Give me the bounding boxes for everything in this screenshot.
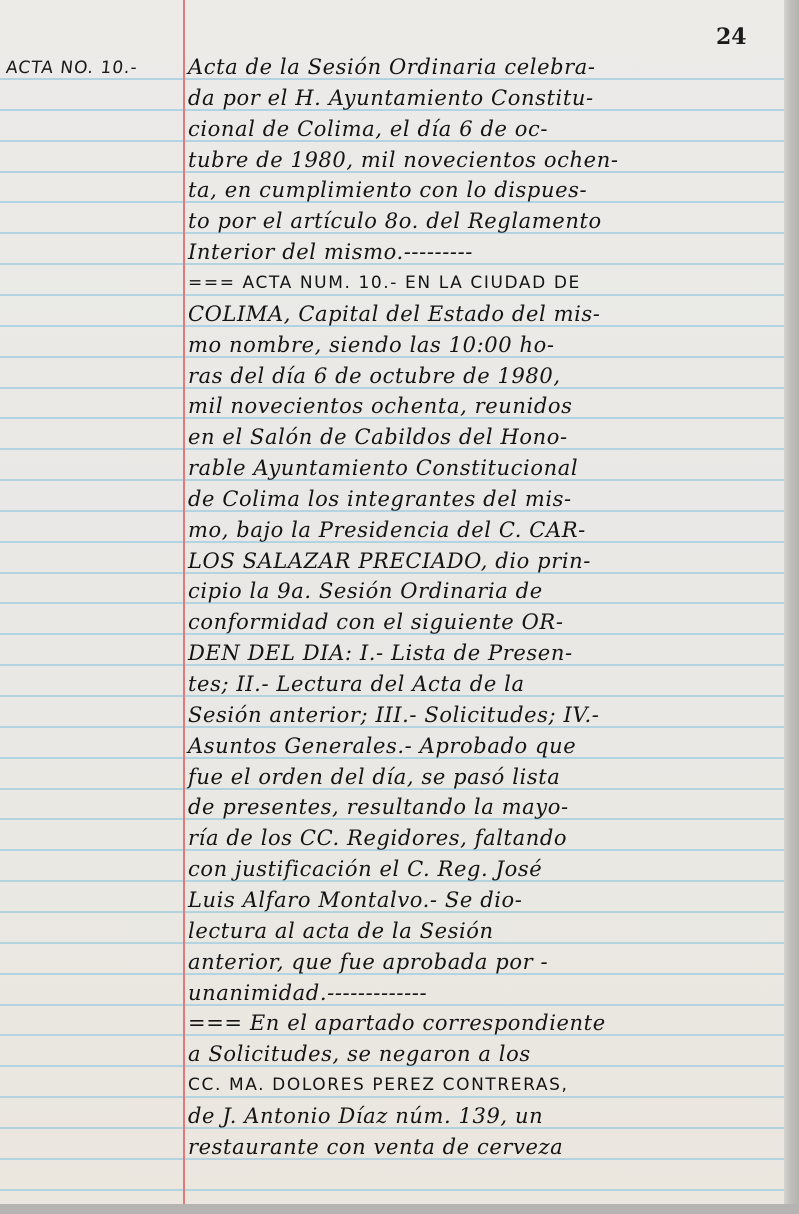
page-stack-edge xyxy=(784,0,799,1214)
text-line: rable Ayuntamiento Constitucional xyxy=(188,453,784,483)
text-line: de Colima los integrantes del mis- xyxy=(188,484,784,514)
text-line: DEN DEL DIA: I.- Lista de Presen- xyxy=(188,638,784,668)
text-line: Luis Alfaro Montalvo.- Se dio- xyxy=(188,885,784,915)
text-line: conformidad con el siguiente OR- xyxy=(188,607,784,637)
text-line: Sesión anterior; III.- Solicitudes; IV.- xyxy=(188,700,784,730)
page-number: 24 xyxy=(716,24,747,50)
text-line: restaurante con venta de cerveza xyxy=(188,1132,784,1162)
text-line: ta, en cumplimiento con lo dispues- xyxy=(188,175,784,205)
text-line: de J. Antonio Díaz núm. 139, un xyxy=(188,1101,784,1131)
text-line: da por el H. Ayuntamiento Constitu- xyxy=(188,83,784,113)
text-line: Acta de la Sesión Ordinaria celebra- xyxy=(188,52,784,82)
text-line: mo nombre, siendo las 10:00 ho- xyxy=(188,330,784,360)
bottom-edge xyxy=(0,1204,799,1214)
text-line: ras del día 6 de octubre de 1980, xyxy=(188,361,784,391)
text-line: a Solicitudes, se negaron a los xyxy=(188,1039,784,1069)
text-line: fue el orden del día, se pasó lista xyxy=(188,762,784,792)
text-line: con justificación el C. Reg. José xyxy=(188,854,784,884)
text-line: Interior del mismo.--------- xyxy=(188,237,784,267)
rule-line xyxy=(0,1189,784,1191)
text-line: tubre de 1980, mil novecientos ochen- xyxy=(188,145,784,175)
text-line: LOS SALAZAR PRECIADO, dio prin- xyxy=(188,546,784,576)
text-line: tes; II.- Lectura del Acta de la xyxy=(188,669,784,699)
text-line: === ACTA NUM. 10.- EN LA CIUDAD DE xyxy=(188,268,784,298)
text-line: === En el apartado correspondiente xyxy=(188,1008,784,1038)
text-line: cipio la 9a. Sesión Ordinaria de xyxy=(188,576,784,606)
text-line: CC. MA. DOLORES PEREZ CONTRERAS, xyxy=(188,1070,784,1100)
text-line: COLIMA, Capital del Estado del mis- xyxy=(188,299,784,329)
text-line: lectura al acta de la Sesión xyxy=(188,916,784,946)
text-line: anterior, que fue aprobada por - xyxy=(188,947,784,977)
margin-note-acta-number: ACTA NO. 10.- xyxy=(5,58,139,78)
notebook-page: 24 ACTA NO. 10.- Acta de la Sesión Ordin… xyxy=(0,0,784,1204)
text-line: Asuntos Generales.- Aprobado que xyxy=(188,731,784,761)
text-line: unanimidad.------------- xyxy=(188,978,784,1008)
text-line: cional de Colima, el día 6 de oc- xyxy=(188,114,784,144)
red-margin-line xyxy=(183,0,185,1204)
text-line: de presentes, resultando la mayo- xyxy=(188,792,784,822)
text-line: to por el artículo 8o. del Reglamento xyxy=(188,206,784,236)
text-line: mo, bajo la Presidencia del C. CAR- xyxy=(188,515,784,545)
text-line: mil novecientos ochenta, reunidos xyxy=(188,391,784,421)
text-line: ría de los CC. Regidores, faltando xyxy=(188,823,784,853)
text-line: en el Salón de Cabildos del Hono- xyxy=(188,422,784,452)
